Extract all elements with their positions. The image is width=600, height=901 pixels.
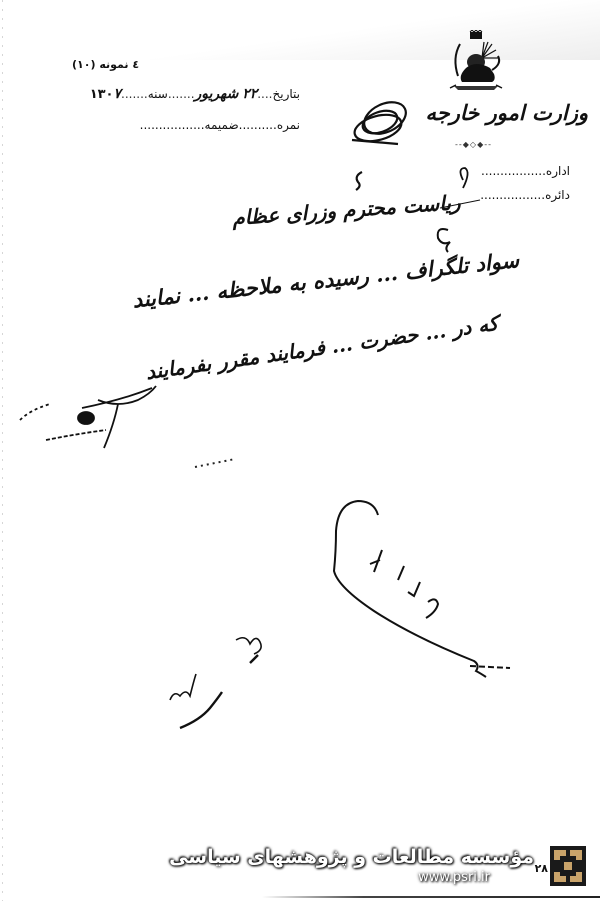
large-signature-icon — [334, 501, 510, 677]
psri-logo-icon — [550, 846, 586, 886]
bottom-annotations-icon — [170, 638, 261, 728]
department-label: اداره — [546, 164, 570, 178]
attachment-label: ضمیمه — [205, 118, 239, 132]
scribble-signature-icon — [352, 96, 411, 190]
psri-watermark: مؤسسه مطالعات و پژوهشهای سیاسی www.psri.… — [262, 842, 598, 892]
date-day: ۲۲ — [242, 86, 257, 102]
watermark-url[interactable]: www.psri.ir — [418, 870, 490, 885]
date-label: بتاریخ — [273, 87, 301, 101]
bottom-rule — [262, 896, 600, 898]
division-label: دائره — [545, 188, 570, 202]
date-month: شهریور — [195, 86, 239, 102]
scan-shading — [0, 0, 600, 60]
handwritten-marks — [0, 0, 600, 901]
watermark-org-name: مؤسسه مطالعات و پژوهشهای سیاسی — [169, 846, 534, 868]
number-label: نمره — [277, 118, 300, 132]
ornament: --◆◇◆-- — [455, 140, 492, 149]
year-label: سنه — [148, 87, 168, 101]
ministry-title: وزارت امور خارجه — [408, 100, 588, 125]
scan-edge — [2, 0, 3, 901]
page-number: ۲۸ — [535, 862, 548, 875]
left-signature-icon — [20, 386, 156, 448]
number-line: نمره..........ضمیمه................. — [60, 118, 300, 132]
department-line: اداره................. — [430, 164, 570, 178]
year-suffix: ۷ — [114, 86, 122, 102]
marginal-mark-icon — [438, 229, 450, 252]
date-line: بتاریخ....۲۲ شهریور.......سنه.......۱۳۰۷ — [60, 86, 300, 102]
salutation: ریاست محترم وزرای عظام — [231, 190, 461, 230]
body-line-2: که در ... حضرت ... فرمایند مقرر بفرمایند — [80, 311, 499, 393]
form-number: ٤ نمونه (١٠) — [72, 58, 139, 71]
lion-and-sun-emblem-icon — [448, 30, 504, 96]
body-line-1: سواد تلگراف ... رسیده به ملاحظه ... نمای… — [80, 247, 520, 318]
year-prefix: ۱۳۰ — [90, 87, 114, 102]
